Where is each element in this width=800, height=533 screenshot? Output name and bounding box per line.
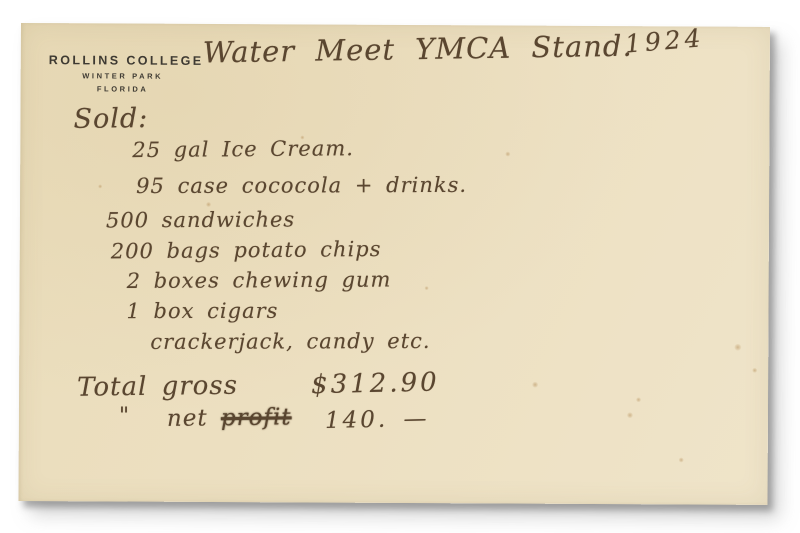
letterhead-city: WINTER PARK — [49, 71, 197, 81]
stain-spot — [505, 152, 510, 157]
stain-spot — [98, 184, 102, 188]
net-struck-word: profit — [221, 404, 292, 431]
document-year: 1924 — [624, 25, 705, 56]
letterhead: ROLLINS COLLEGE WINTER PARK FLORIDA — [49, 53, 197, 94]
net-profit-label: net profit — [167, 406, 292, 431]
photo-background: ROLLINS COLLEGE WINTER PARK FLORIDA Wate… — [0, 0, 800, 533]
document-title: Water Meet YMCA Stand. — [203, 32, 633, 68]
sold-item-crackerjack: crackerjack, candy etc. — [150, 331, 430, 353]
letter-paper: ROLLINS COLLEGE WINTER PARK FLORIDA Wate… — [18, 23, 769, 505]
letterhead-state: FLORIDA — [49, 84, 197, 94]
stain-spot — [532, 382, 538, 388]
stain-spot — [425, 286, 429, 290]
sold-item-chewing-gum: 2 boxes chewing gum — [127, 270, 392, 292]
net-ditto-mark: " — [119, 406, 130, 428]
stain-spot — [752, 368, 757, 373]
total-gross-value: $312.90 — [311, 370, 440, 399]
stain-spot — [206, 202, 211, 207]
net-word: net — [167, 405, 208, 431]
sold-item-cigars: 1 box cigars — [126, 301, 278, 322]
stain-spot — [734, 344, 741, 351]
stain-spot — [627, 412, 633, 418]
stain-spot — [679, 457, 684, 462]
net-profit-value: 140. — — [325, 408, 430, 433]
total-gross-label: Total gross — [77, 373, 238, 401]
sold-item-ice-cream: 25 gal Ice Cream. — [132, 138, 354, 161]
sold-item-potato-chips: 200 bags potato chips — [111, 239, 382, 262]
sold-item-sandwiches: 500 sandwiches — [106, 209, 295, 231]
letterhead-college: ROLLINS COLLEGE — [49, 53, 197, 68]
stain-spot — [636, 397, 641, 402]
sold-item-cococola: 95 case cococola + drinks. — [136, 175, 467, 197]
sold-heading: Sold: — [73, 105, 148, 133]
